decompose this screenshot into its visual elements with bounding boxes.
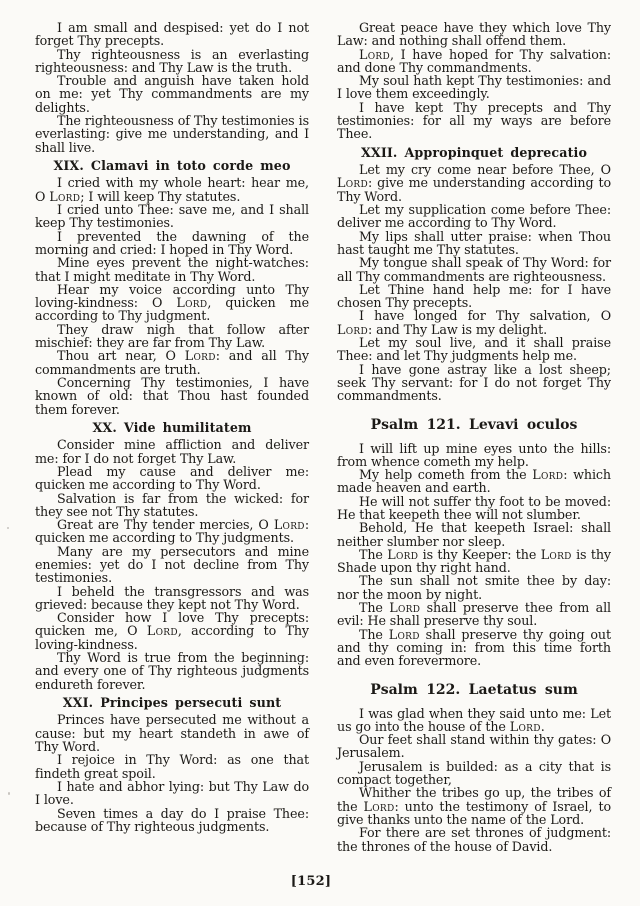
verse-paragraph: I prevented the dawning of the morning a… [35,230,309,257]
divine-name-small-caps: Lord [185,348,216,363]
page-number: [152] [0,874,622,889]
verse-paragraph: The Lord shall preserve thy going out an… [337,628,611,668]
verse-paragraph: I hate and abhor lying: but Thy Law do I… [35,780,309,807]
verse-paragraph: I cried with my whole heart: hear me, O … [35,176,309,203]
verse-paragraph: I will lift up mine eyes unto the hills:… [337,442,611,469]
verse-paragraph: Consider how I love Thy precepts: quicke… [35,611,309,651]
section-heading: XXII. Appropinquet deprecatio [337,146,611,160]
verse-paragraph: I have longed for Thy salvation, O Lord:… [337,309,611,336]
verse-paragraph: The Lord is thy Keeper: the Lord is thy … [337,548,611,575]
verse-paragraph: Let Thine hand help me: for I have chose… [337,283,611,310]
divine-name-small-caps: Lord [147,623,178,638]
verse-paragraph: I am small and despised: yet do I not fo… [35,21,309,48]
verse-paragraph: I was glad when they said unto me: Let u… [337,707,611,734]
verse-paragraph: Our feet shall stand within thy gates: O… [337,733,611,760]
psalm-heading: Psalm 122. Laetatus sum [337,683,611,698]
divine-name-small-caps: Lord [274,517,305,532]
verse-paragraph: My tongue shall speak of Thy Word: for a… [337,256,611,283]
verse-paragraph: My soul hath kept Thy testimonies: and I… [337,74,611,101]
left-column: I am small and despised: yet do I not fo… [35,21,309,853]
verse-paragraph: The Lord shall preserve thee from all ev… [337,601,611,628]
verse-paragraph: Princes have persecuted me without a cau… [35,713,309,753]
verse-paragraph: Let my supplication come before Thee: de… [337,203,611,230]
section-heading: XXI. Principes persecuti sunt [35,696,309,710]
verse-paragraph: Seven times a day do I praise Thee: beca… [35,807,309,834]
verse-paragraph: They draw nigh that follow after mischie… [35,323,309,350]
verse-paragraph: He will not suffer thy foot to be moved:… [337,495,611,522]
verse-paragraph: Great peace have they which love Thy Law… [337,21,611,48]
scan-speck [8,792,10,795]
text-columns: I am small and despised: yet do I not fo… [35,21,611,853]
right-column: Great peace have they which love Thy Law… [337,21,611,853]
section-heading: XX. Vide humilitatem [35,421,309,435]
section-heading: XIX. Clamavi in toto corde meo [35,159,309,173]
verse-paragraph: Let my cry come near before Thee, O Lord… [337,163,611,203]
divine-name-small-caps: Lord [359,47,390,62]
verse-paragraph: Thy Word is true from the beginning: and… [35,651,309,691]
verse-paragraph: Concerning Thy testimonies, I have known… [35,376,309,416]
divine-name-small-caps: Lord [541,547,572,562]
verse-paragraph: I rejoice in Thy Word: as one that finde… [35,753,309,780]
verse-paragraph: Behold, He that keepeth Israel: shall ne… [337,521,611,548]
divine-name-small-caps: Lord [387,547,418,562]
verse-paragraph: For there are set thrones of judgment: t… [337,826,611,853]
verse-paragraph: Plead my cause and deliver me: quicken m… [35,465,309,492]
psalm-heading: Psalm 121. Levavi oculos [337,418,611,433]
divine-name-small-caps: Lord [389,627,420,642]
verse-paragraph: My help cometh from the Lord: which made… [337,468,611,495]
verse-paragraph: I have gone astray like a lost sheep; se… [337,363,611,403]
verse-paragraph: Many are my persecutors and mine enemies… [35,545,309,585]
divine-name-small-caps: Lord [176,295,207,310]
divine-name-small-caps: Lord [389,600,420,615]
verse-paragraph: Trouble and anguish have taken hold on m… [35,74,309,114]
verse-paragraph: Great are Thy tender mercies, O Lord: qu… [35,518,309,545]
verse-paragraph: Let my soul live, and it shall praise Th… [337,336,611,363]
verse-paragraph: Mine eyes prevent the night-watches: tha… [35,256,309,283]
verse-paragraph: My lips shall utter praise: when Thou ha… [337,230,611,257]
verse-paragraph: The righteousness of Thy testimonies is … [35,114,309,154]
divine-name-small-caps: Lord [364,799,395,814]
divine-name-small-caps: Lord [337,175,368,190]
verse-paragraph: Lord, I have hoped for Thy salvation: an… [337,48,611,75]
verse-paragraph: I have kept Thy precepts and Thy testimo… [337,101,611,141]
verse-paragraph: Thou art near, O Lord: and all Thy comma… [35,349,309,376]
verse-paragraph: I cried unto Thee: save me, and I shall … [35,203,309,230]
verse-paragraph: Consider mine affliction and deliver me:… [35,438,309,465]
verse-paragraph: Whither the tribes go up, the tribes of … [337,786,611,826]
verse-paragraph: I beheld the transgressors and was griev… [35,585,309,612]
verse-paragraph: Thy righteousness is an everlasting righ… [35,48,309,75]
scan-speck [7,527,9,529]
verse-paragraph: Salvation is far from the wicked: for th… [35,492,309,519]
verse-paragraph: The sun shall not smite thee by day: nor… [337,574,611,601]
verse-paragraph: Jerusalem is builded: as a city that is … [337,760,611,787]
divine-name-small-caps: Lord [532,467,563,482]
psalter-page: I am small and despised: yet do I not fo… [0,0,640,906]
verse-paragraph: Hear my voice according unto Thy loving-… [35,283,309,323]
